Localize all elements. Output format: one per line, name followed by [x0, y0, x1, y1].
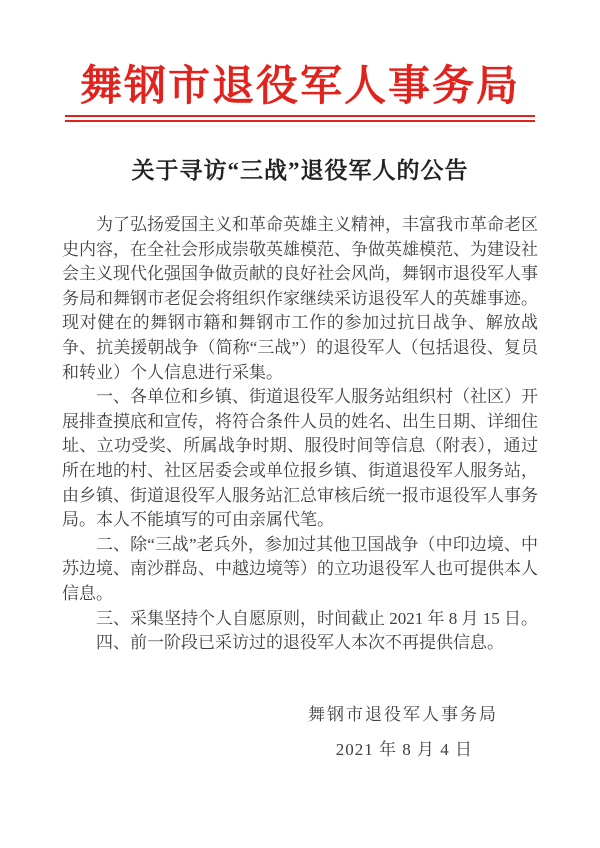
notice-paragraph: 二、除“三战”老兵外，参加过其他卫国战争（中印边境、中苏边境、南沙群岛、中越边境…	[62, 533, 538, 607]
letterhead-agency-name: 舞钢市退役军人事务局	[0, 62, 600, 112]
notice-body: 为了弘扬爱国主义和革命英雄主义精神，丰富我市革命老区史内容，在全社会形成崇敬英雄…	[0, 213, 600, 656]
notice-paragraph: 一、各单位和乡镇、街道退役军人服务站组织村（社区）开展排查摸底和宣传，将符合条件…	[62, 385, 538, 533]
notice-paragraph: 三、采集坚持个人自愿原则，时间截止 2021 年 8 月 15 日。	[62, 607, 538, 632]
signature-agency-name: 舞钢市退役军人事务局	[0, 702, 600, 727]
official-notice-document: 舞钢市退役军人事务局 关于寻访“三战”退役军人的公告 为了弘扬爱国主义和革命英雄…	[0, 0, 600, 848]
notice-paragraph: 四、前一阶段已采访过的退役军人本次不再提供信息。	[62, 631, 538, 656]
signature-block: 舞钢市退役军人事务局 2021 年 8 月 4 日	[0, 702, 600, 762]
signature-date: 2021 年 8 月 4 日	[0, 737, 600, 762]
notice-title: 关于寻访“三战”退役军人的公告	[0, 152, 600, 185]
notice-paragraph: 为了弘扬爱国主义和革命英雄主义精神，丰富我市革命老区史内容，在全社会形成崇敬英雄…	[62, 213, 538, 385]
letterhead-double-rule	[65, 115, 535, 122]
